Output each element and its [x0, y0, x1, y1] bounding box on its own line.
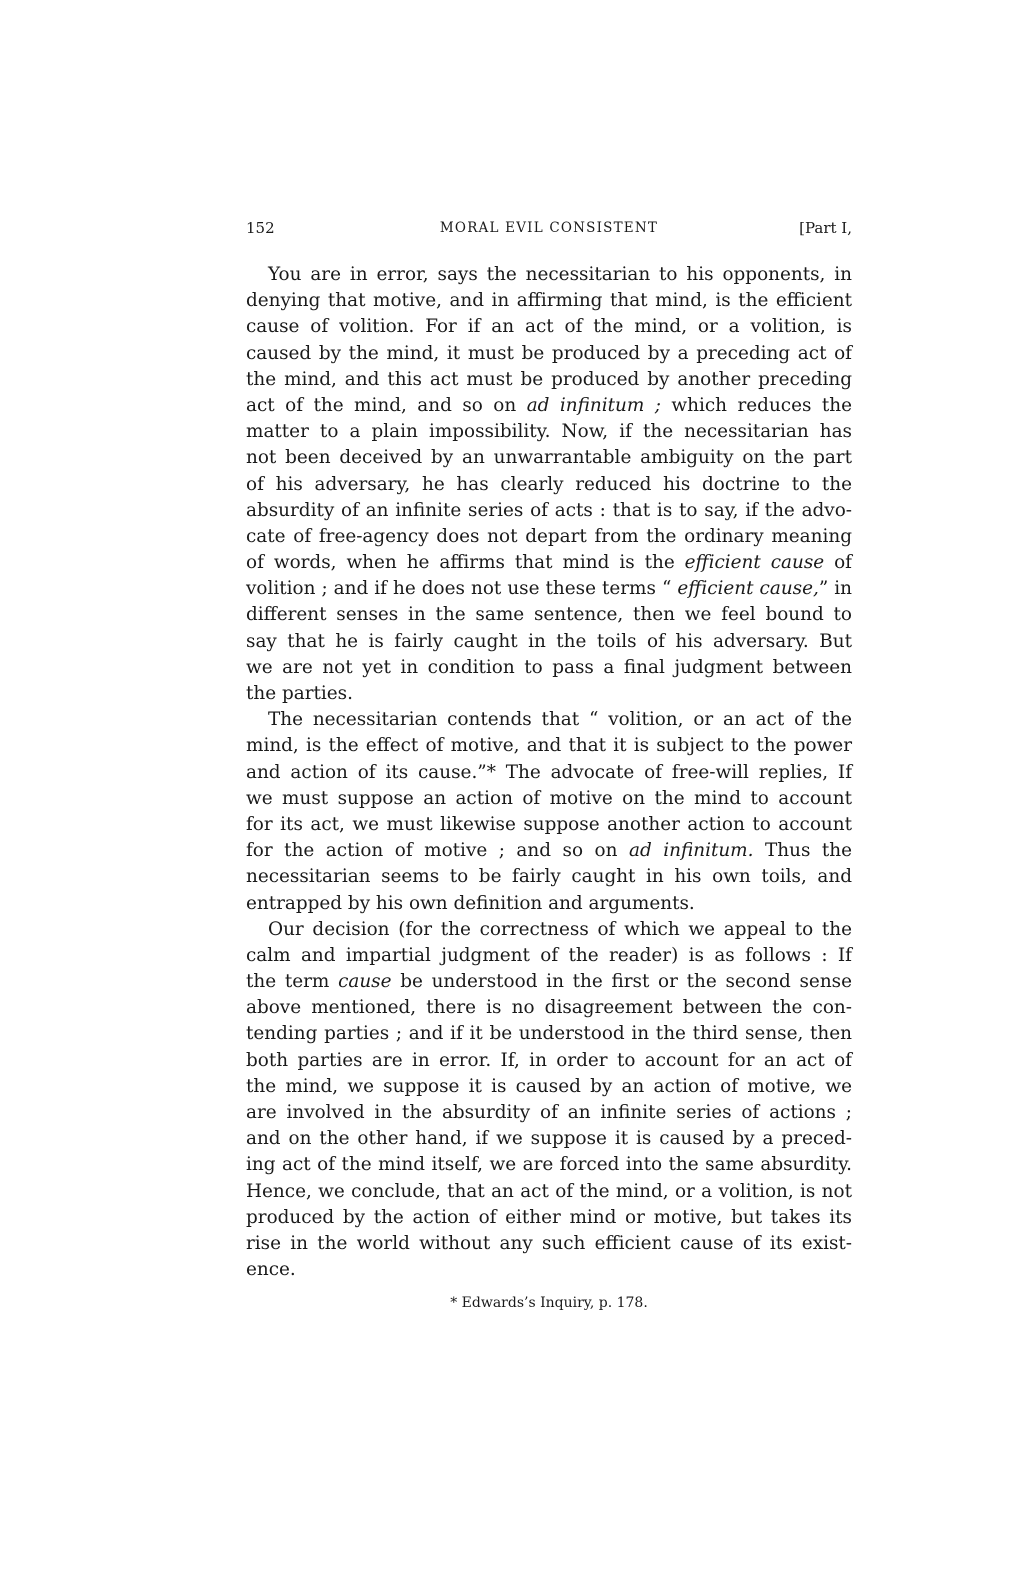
- text-line: different senses in the same sentence, t…: [246, 602, 852, 628]
- text-run: cate of free-agency does not depart from…: [246, 526, 852, 547]
- text-line: act of the mind, and so on ad infinitum …: [246, 393, 852, 419]
- text-line: and on the other hand, if we suppose it …: [246, 1126, 852, 1152]
- italic-phrase: efficient cause: [685, 552, 824, 573]
- text-run: be understood in the first or the second…: [392, 971, 852, 992]
- part-label: [Part I,: [799, 214, 852, 242]
- text-run: which reduces the: [661, 395, 852, 416]
- text-line: rise in the world without any such effic…: [246, 1231, 852, 1257]
- text-run: matter to a plain impossibility. Now, if…: [246, 421, 852, 442]
- text-line: tending parties ; and if it be understoo…: [246, 1021, 852, 1047]
- italic-phrase: cause: [338, 971, 391, 992]
- text-run: Our decision (for the correctness of whi…: [268, 919, 852, 940]
- body-text: You are in error, says the necessitarian…: [246, 262, 852, 1283]
- text-run: Thus the: [753, 840, 852, 861]
- text-run: the mind, we suppose it is caused by an …: [246, 1076, 852, 1097]
- paragraph-2: The necessitarian contends that “ voliti…: [246, 707, 852, 917]
- text-line: the mind, we suppose it is caused by an …: [246, 1074, 852, 1100]
- text-run: of his adversary, he has clearly reduced…: [246, 474, 852, 495]
- running-title: MORAL EVIL CONSISTENT: [246, 214, 852, 242]
- text-line: You are in error, says the necessitarian…: [246, 262, 852, 288]
- text-run: the mind, and this act must be produced …: [246, 369, 852, 390]
- text-line: the mind, and this act must be produced …: [246, 367, 852, 393]
- text-line: both parties are in error. If, in order …: [246, 1048, 852, 1074]
- text-line: ence.: [246, 1257, 852, 1283]
- text-line: not been deceived by an unwarrantable am…: [246, 445, 852, 471]
- text-run: denying that motive, and in affirming th…: [246, 290, 852, 311]
- text-run: both parties are in error. If, in order …: [246, 1050, 852, 1071]
- text-line: produced by the action of either mind or…: [246, 1205, 852, 1231]
- text-run: necessitarian seems to be fairly caught …: [246, 866, 852, 887]
- text-run: are involved in the absurdity of an infi…: [246, 1102, 852, 1123]
- text-run: calm and impartial judgment of the reade…: [246, 945, 852, 966]
- text-run: we are not yet in condition to pass a fi…: [246, 657, 852, 678]
- book-page: 152 MORAL EVIL CONSISTENT [Part I, You a…: [246, 214, 852, 1313]
- text-line: absurdity of an infinite series of acts …: [246, 498, 852, 524]
- text-line: the parties.: [246, 681, 852, 707]
- text-line: volition ; and if he does not use these …: [246, 576, 852, 602]
- text-run: Hence, we conclude, that an act of the m…: [246, 1181, 852, 1202]
- text-run: the parties.: [246, 683, 353, 704]
- text-line: The necessitarian contends that “ voliti…: [246, 707, 852, 733]
- text-line: mind, is the effect of motive, and that …: [246, 733, 852, 759]
- running-head: 152 MORAL EVIL CONSISTENT [Part I,: [246, 214, 852, 242]
- text-line: matter to a plain impossibility. Now, if…: [246, 419, 852, 445]
- text-line: we are not yet in condition to pass a fi…: [246, 655, 852, 681]
- text-run: cause of volition. For if an act of the …: [246, 316, 852, 337]
- text-run: not been deceived by an unwarrantable am…: [246, 447, 852, 468]
- text-line: Our decision (for the correctness of whi…: [246, 917, 852, 943]
- text-run: for the action of motive ; and so on: [246, 840, 629, 861]
- paragraph-1: You are in error, says the necessitarian…: [246, 262, 852, 707]
- text-line: cause of volition. For if an act of the …: [246, 314, 852, 340]
- text-run: act of the mind, and so on: [246, 395, 527, 416]
- text-line: calm and impartial judgment of the reade…: [246, 943, 852, 969]
- italic-phrase: ad infinitum ;: [527, 395, 661, 416]
- text-run: absurdity of an infinite series of acts …: [246, 500, 852, 521]
- text-line: ing act of the mind itself, we are force…: [246, 1152, 852, 1178]
- text-run: for its act, we must likewise suppose an…: [246, 814, 852, 835]
- text-line: are involved in the absurdity of an infi…: [246, 1100, 852, 1126]
- text-run: of words, when he affirms that mind is t…: [246, 552, 685, 573]
- text-line: denying that motive, and in affirming th…: [246, 288, 852, 314]
- text-run: volition ; and if he does not use these …: [246, 578, 677, 599]
- text-line: Hence, we conclude, that an act of the m…: [246, 1179, 852, 1205]
- text-run: and on the other hand, if we suppose it …: [246, 1128, 852, 1149]
- italic-phrase: ad infinitum.: [629, 840, 754, 861]
- text-line: caused by the mind, it must be produced …: [246, 341, 852, 367]
- text-run: we must suppose an action of motive on t…: [246, 788, 852, 809]
- text-run: produced by the action of either mind or…: [246, 1207, 852, 1228]
- text-line: for the action of motive ; and so on ad …: [246, 838, 852, 864]
- text-line: for its act, we must likewise suppose an…: [246, 812, 852, 838]
- text-line: necessitarian seems to be fairly caught …: [246, 864, 852, 890]
- italic-phrase: efficient cause,: [677, 578, 818, 599]
- text-run: of: [824, 552, 852, 573]
- text-run: above mentioned, there is no disagreemen…: [246, 997, 852, 1018]
- text-run: You are in error, says the necessitarian…: [268, 264, 852, 285]
- text-line: of his adversary, he has clearly reduced…: [246, 472, 852, 498]
- text-run: ence.: [246, 1259, 296, 1280]
- text-run: rise in the world without any such effic…: [246, 1233, 852, 1254]
- text-line: we must suppose an action of motive on t…: [246, 786, 852, 812]
- text-run: tending parties ; and if it be understoo…: [246, 1023, 852, 1044]
- text-run: The necessitarian contends that “ voliti…: [268, 709, 852, 730]
- text-line: the term cause be understood in the firs…: [246, 969, 852, 995]
- paragraph-3: Our decision (for the correctness of whi…: [246, 917, 852, 1284]
- text-line: and action of its cause.”* The advocate …: [246, 760, 852, 786]
- text-line: cate of free-agency does not depart from…: [246, 524, 852, 550]
- text-line: above mentioned, there is no disagreemen…: [246, 995, 852, 1021]
- text-run: and action of its cause.”* The advocate …: [246, 762, 852, 783]
- text-line: say that he is fairly caught in the toil…: [246, 629, 852, 655]
- text-line: entrapped by his own definition and argu…: [246, 891, 852, 917]
- text-run: the term: [246, 971, 338, 992]
- text-run: ing act of the mind itself, we are force…: [246, 1154, 852, 1175]
- text-run: say that he is fairly caught in the toil…: [246, 631, 852, 652]
- text-run: entrapped by his own definition and argu…: [246, 893, 695, 914]
- text-run: caused by the mind, it must be produced …: [246, 343, 852, 364]
- text-line: of words, when he affirms that mind is t…: [246, 550, 852, 576]
- text-run: mind, is the effect of motive, and that …: [246, 735, 852, 756]
- text-run: different senses in the same sentence, t…: [246, 604, 852, 625]
- footnote: * Edwards’s Inquiry, p. 178.: [246, 1293, 852, 1313]
- text-run: ” in: [819, 578, 852, 599]
